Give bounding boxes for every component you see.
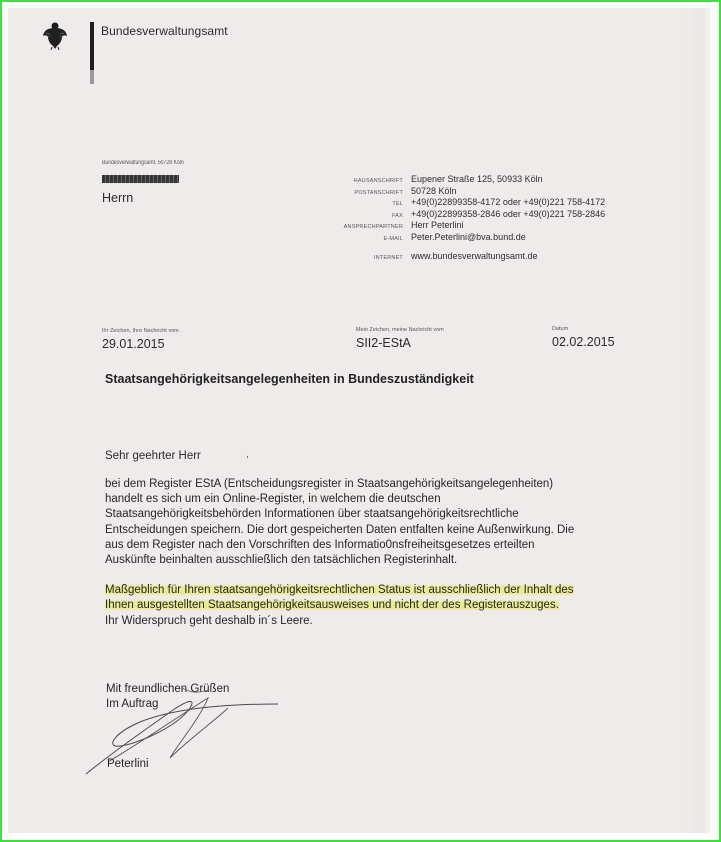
letter-body: bei dem Register EStA (Entscheidungsregi… [105,477,705,629]
date-label: Datum [552,326,615,332]
our-reference-label: Mein Zeichen, meine Nachricht vom [356,327,444,333]
contact-row-fax: Fax +49(0)22899358-2846 oder +49(0)221 7… [318,209,703,221]
image-frame: Bundesverwaltungsamt Bundesverwaltungsam… [0,0,721,842]
contact-value: Herr Peterlini [411,220,464,230]
letterhead-bar-fade [90,70,94,84]
body-line: aus dem Register nach den Vorschriften d… [105,539,535,551]
contact-value: 50728 Köln [411,186,457,196]
highlighted-line: Maßgeblich für Ihren staatsangehörigkeit… [105,584,574,596]
contact-row-email: E-Mail Peter.Peterlini@bva.bund.de [318,232,703,244]
contact-label: Tel [318,201,411,207]
return-address-line: Bundesverwaltungsamt, 50728 Köln [102,160,184,166]
contact-label: Hausanschrift [318,178,411,184]
highlighted-line: Ihnen ausgestellten Staatsangehörigkeits… [105,599,559,611]
body-paragraph-1: bei dem Register EStA (Entscheidungsregi… [105,477,705,568]
contact-row-tel: Tel +49(0)22899358-4172 oder +49(0)221 7… [318,197,703,209]
contact-row-hausanschrift: Hausanschrift Eupener Straße 125, 50933 … [318,174,703,186]
your-reference-value: 29.01.2015 [102,337,179,351]
letterhead-bar [90,22,94,70]
contact-row-internet: Internet www.bundesverwaltungsamt.de [318,251,703,263]
your-reference-label: Ihr Zeichen, Ihre Nachricht vom [102,328,179,334]
contact-label: Ansprechpartner [318,224,411,230]
contact-row-ansprechpartner: Ansprechpartner Herr Peterlini [318,220,703,232]
body-line: Staatsangehörigkeitsbehörden Information… [105,508,519,520]
contact-value: www.bundesverwaltungsamt.de [411,251,538,261]
redacted-recipient-name [102,175,179,183]
body-line: Entscheidungen speichern. Die dort gespe… [105,524,574,536]
body-line: Auskünfte beinhalten ausschließlich den … [105,554,457,566]
contact-value: Eupener Straße 125, 50933 Köln [411,174,543,184]
date-value: 02.02.2015 [552,335,615,349]
subject-line: Staatsangehörigkeitsangelegenheiten in B… [105,372,474,386]
our-reference: Mein Zeichen, meine Nachricht vom SII2-E… [356,327,444,350]
contact-value: +49(0)22899358-2846 oder +49(0)221 758-2… [411,209,605,219]
letter-date: Datum 02.02.2015 [552,326,615,349]
contact-row-postanschrift: Postanschrift 50728 Köln [318,186,703,198]
your-reference: Ihr Zeichen, Ihre Nachricht vom 29.01.20… [102,328,179,351]
body-line: bei dem Register EStA (Entscheidungsregi… [105,478,553,490]
body-line: Ihr Widerspruch geht deshalb in´s Leere. [105,615,313,627]
contact-block: Hausanschrift Eupener Straße 125, 50933 … [318,174,703,263]
salutation-comma: , [246,449,249,460]
organization-name: Bundesverwaltungsamt [101,24,228,38]
our-reference-value: SII2-EStA [356,336,444,350]
contact-value: Peter.Peterlini@bva.bund.de [411,232,526,242]
contact-label: E-Mail [318,236,411,242]
contact-value: +49(0)22899358-4172 oder +49(0)221 758-4… [411,197,605,207]
letter-page: Bundesverwaltungsamt Bundesverwaltungsam… [8,8,711,833]
federal-eagle-icon [42,20,68,50]
scan-edge-shade [683,8,711,833]
body-paragraph-2: Maßgeblich für Ihren staatsangehörigkeit… [105,583,705,629]
recipient-salutation-line: Herrn [102,191,133,205]
contact-label: Internet [318,255,411,261]
salutation: Sehr geehrter Herr [105,450,201,462]
signer-name: Peterlini [107,758,149,770]
contact-label: Fax [318,213,411,219]
body-line: handelt es sich um ein Online-Register, … [105,493,441,505]
contact-label: Postanschrift [318,190,411,196]
